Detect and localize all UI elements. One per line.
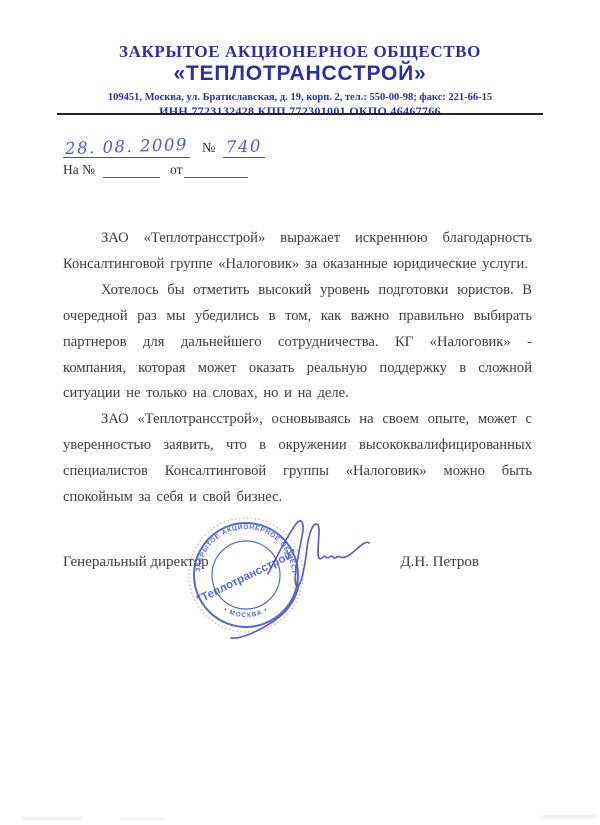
stamp-and-signature: ЗАКРЫТОЕ АКЦИОНЕРНОЕ ОБЩЕСТВО • МОСКВА •…: [150, 492, 410, 662]
header-divider: [57, 113, 543, 115]
number-sign: №: [202, 141, 215, 157]
handwritten-number: 740: [226, 136, 263, 156]
svg-text:• МОСКВА •: • МОСКВА •: [223, 606, 270, 619]
org-name: «ТЕПЛОТРАНССТРОЙ»: [0, 64, 600, 84]
org-type: ЗАКРЫТОЕ АКЦИОНЕРНОЕ ОБЩЕСТВО: [0, 44, 600, 60]
paragraph-1: ЗАО «Теплотрансстрой» выражает искреннюю…: [63, 226, 532, 278]
handwritten-date: 28. 08. 2009: [65, 135, 189, 158]
date-number-row: 28. 08. 2009 № 740: [63, 134, 265, 158]
reference-block: 28. 08. 2009 № 740 На № от: [63, 134, 265, 178]
letterhead: ЗАКРЫТОЕ АКЦИОНЕРНОЕ ОБЩЕСТВО «ТЕПЛОТРАН…: [0, 44, 600, 117]
scan-artifact: [22, 817, 82, 820]
reply-from-label: от: [170, 162, 182, 178]
org-address: 109451, Москва, ул. Братиславская, д. 19…: [0, 92, 600, 103]
reply-number-blank: [103, 164, 160, 178]
stamp-center-text: "Теплотрансстрой": [195, 547, 299, 606]
date-underline: 28. 08. 2009: [63, 137, 190, 158]
scan-artifact: [542, 815, 596, 818]
scan-artifact: [120, 818, 165, 820]
org-codes: ИНН 7723132428 КПП 772301001 ОКПО 464677…: [0, 105, 600, 117]
reply-date-blank: [184, 164, 248, 178]
letter-page: ЗАКРЫТОЕ АКЦИОНЕРНОЕ ОБЩЕСТВО «ТЕПЛОТРАН…: [0, 0, 600, 825]
number-underline: 740: [223, 137, 265, 158]
signer-name: Д.Н. Петров: [400, 554, 479, 571]
stamp-bottom-text: • МОСКВА •: [223, 606, 270, 619]
paragraph-2: Хотелось бы отметить высокий уровень под…: [63, 278, 532, 408]
reply-reference-row: На № от: [63, 161, 265, 178]
reply-to-label: На №: [63, 162, 95, 178]
letter-body: ЗАО «Теплотрансстрой» выражает искреннюю…: [63, 226, 532, 511]
round-stamp: ЗАКРЫТОЕ АКЦИОНЕРНОЕ ОБЩЕСТВО • МОСКВА •…: [150, 492, 303, 632]
